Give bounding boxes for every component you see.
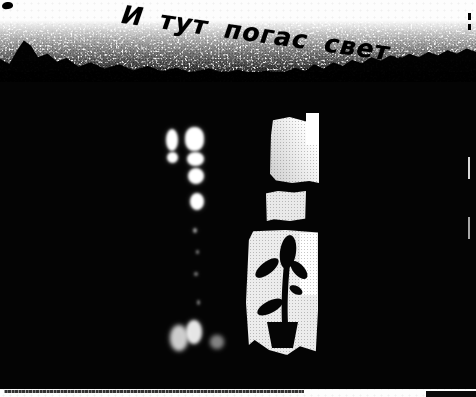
film-edge-mark (468, 13, 471, 20)
window-pane-highlight (306, 113, 319, 145)
light-speck (196, 250, 199, 254)
plant-leaf (255, 295, 285, 319)
houseplant-silhouette (240, 224, 320, 364)
glass-highlight (166, 129, 178, 151)
light-speck (194, 272, 198, 276)
floor-light-reflection (210, 335, 224, 349)
bottom-film-noise-strip (4, 390, 304, 393)
glass-highlight (187, 152, 204, 166)
film-edge-scratch (468, 217, 470, 239)
film-edge-scratch (468, 157, 470, 179)
glass-highlight (185, 127, 204, 151)
light-speck (197, 300, 200, 305)
plant-leaf (252, 255, 281, 282)
plant-leaf (288, 283, 304, 297)
glass-highlight (190, 193, 204, 210)
flower-pot (267, 322, 298, 348)
filmstrip-photo-frame: И тут погас свет… (0, 0, 476, 397)
bottom-corner-shadow (426, 391, 476, 397)
glass-highlight (188, 168, 204, 184)
plant-stem (285, 264, 287, 324)
dark-room-interior (0, 72, 476, 389)
floor-light-reflection (186, 320, 202, 344)
window-middle-pane (266, 191, 306, 221)
glass-highlight (167, 152, 178, 163)
light-speck (193, 228, 197, 233)
film-grain-band (0, 20, 476, 82)
